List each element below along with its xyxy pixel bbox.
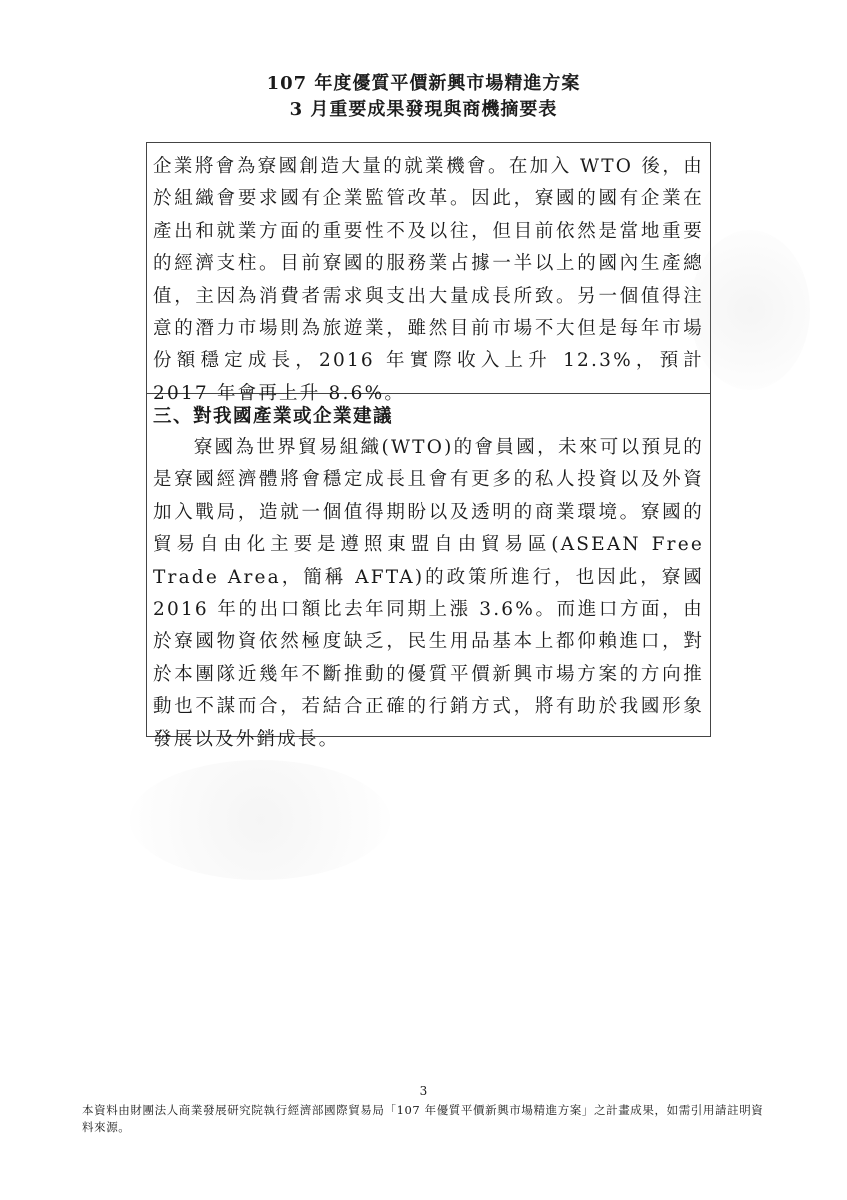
- summary-table: 企業將會為寮國創造大量的就業機會。在加入 WTO 後，由於組織會要求國有企業監管…: [146, 142, 711, 737]
- scan-stain: [130, 760, 390, 880]
- continued-section: 企業將會為寮國創造大量的就業機會。在加入 WTO 後，由於組織會要求國有企業監管…: [147, 143, 710, 394]
- document-title-line2: 3 月重要成果發現與商機摘要表: [0, 98, 847, 122]
- document-title-line1: 107 年度優質平價新興市場精進方案: [0, 72, 847, 96]
- footer-note: 本資料由財團法人商業發展研究院執行經濟部國際貿易局「107 年優質平價新興市場精…: [82, 1102, 772, 1136]
- continued-paragraph: 企業將會為寮國創造大量的就業機會。在加入 WTO 後，由於組織會要求國有企業監管…: [147, 143, 710, 410]
- section-heading: 三、對我國產業或企業建議: [147, 394, 710, 432]
- recommendation-paragraph: 寮國為世界貿易組織(WTO)的會員國，未來可以預見的是寮國經濟體將會穩定成長且會…: [147, 432, 710, 756]
- recommendation-section: 三、對我國產業或企業建議 寮國為世界貿易組織(WTO)的會員國，未來可以預見的是…: [147, 394, 710, 756]
- page-number: 3: [0, 1084, 847, 1098]
